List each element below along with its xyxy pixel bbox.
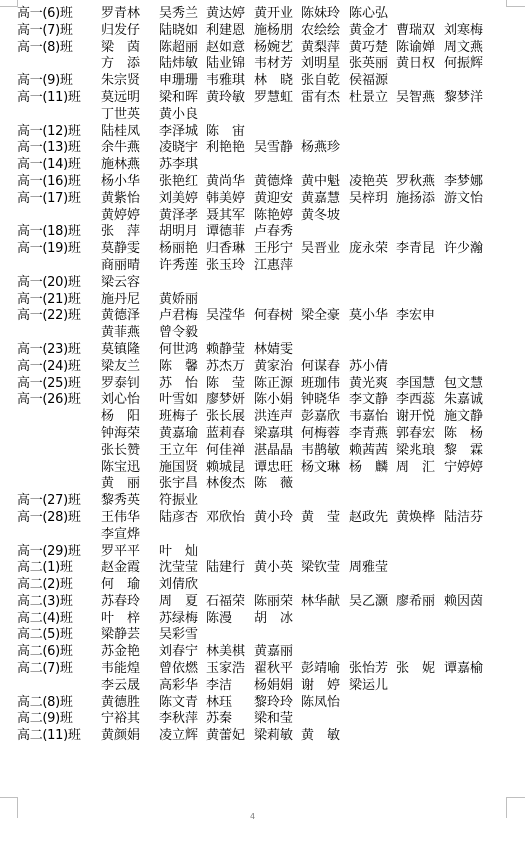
- student-name: 黎秀英: [101, 493, 140, 510]
- roster-row: 黄菲燕曾令毅: [0, 325, 525, 342]
- student-name: 黄巧楚: [349, 40, 388, 57]
- student-name: 李西蕊: [396, 392, 435, 409]
- student-name: 陈 宙: [206, 124, 245, 141]
- student-name: 刘倩欣: [159, 577, 198, 594]
- roster-row: 陈宝迅施国贤赖城昆谭忠旺杨文琳杨 麟周 汇宁婷婷: [0, 460, 525, 477]
- student-name: 黄小玲: [254, 510, 293, 527]
- roster-row: 高一(7)班归发仔陆晓如利建恩施杨朋农绘绘黄金才曹瑞双刘寒梅: [0, 23, 525, 40]
- document-page: 高一(6)班罗青林吴秀兰黄达婷黄开业陈妹玲陈心弘高一(7)班归发仔陆晓如利建恩施…: [0, 0, 525, 841]
- student-name: 何世鸿: [159, 342, 198, 359]
- student-name: 李宏申: [396, 308, 435, 325]
- student-name: 陈丽荣: [254, 594, 293, 611]
- class-label: 高二(8)班: [17, 695, 73, 712]
- student-name: 梁云容: [101, 275, 140, 292]
- student-name: 石福荣: [206, 594, 245, 611]
- class-label: 高二(1)班: [17, 560, 73, 577]
- student-name: 林婧雯: [254, 342, 293, 359]
- student-name: 李泽城: [159, 124, 198, 141]
- student-name: 苏 怡: [159, 376, 198, 393]
- student-name: 曾令毅: [159, 325, 198, 342]
- roster-row: 高一(19)班莫静雯杨丽艳归香琳王彤宁吴晋业庞永荣李青昆许少瀚: [0, 241, 525, 258]
- student-name: 赵如意: [206, 40, 245, 57]
- student-name: 高彩华: [159, 678, 198, 695]
- student-name: 陈漫: [206, 611, 232, 628]
- student-name: 许少瀚: [444, 241, 483, 258]
- student-name: 张 萍: [101, 224, 140, 241]
- class-label: 高一(17)班: [17, 191, 81, 208]
- student-name: 彭嘉欣: [301, 409, 340, 426]
- student-name: 江惠萍: [254, 258, 293, 275]
- class-label: 高二(7)班: [17, 661, 73, 678]
- student-name: 凌立辉: [159, 728, 198, 745]
- class-label: 高一(6)班: [17, 6, 73, 23]
- roster-row: 高一(17)班黄紫怡刘美婷韩美婷黄迎安黄嘉慧吴梓玥施扬添游文怡: [0, 191, 525, 208]
- class-label: 高一(21)班: [17, 292, 81, 309]
- student-name: 杨燕珍: [301, 140, 340, 157]
- roster-row: 高一(13)班余牛燕凌晓宇利艳艳吴雪静杨燕珍: [0, 140, 525, 157]
- roster-row: 高二(1)班赵金霞沈莹莹陆建行黄小英梁钦莹周雅莹: [0, 560, 525, 577]
- class-label: 高一(8)班: [17, 40, 73, 57]
- student-name: 玉家浩: [206, 661, 245, 678]
- student-name: 黎梦洋: [444, 90, 483, 107]
- roster-row: 杨 阳班梅子张长展洪连声彭嘉欣韦嘉怡谢开悦施文静: [0, 409, 525, 426]
- student-name: 吴滢华: [206, 308, 245, 325]
- student-name: 归发仔: [101, 23, 140, 40]
- student-name: 黄颜娟: [101, 728, 140, 745]
- student-name: 陈艳婷: [254, 208, 293, 225]
- student-name: 余牛燕: [101, 140, 140, 157]
- student-name: 陈超丽: [159, 40, 198, 57]
- student-name: 卢君梅: [159, 308, 198, 325]
- student-name: 黄嘉慧: [301, 191, 340, 208]
- student-name: 叶 梓: [101, 611, 140, 628]
- student-name: 梁钦莹: [301, 560, 340, 577]
- student-name: 何 瑜: [101, 577, 140, 594]
- student-name: 林 晓: [254, 73, 293, 90]
- roster-row: 高一(14)班施林燕苏李琪: [0, 157, 525, 174]
- student-name: 黄日权: [396, 56, 435, 73]
- student-name: 梁全豪: [301, 308, 340, 325]
- student-name: 翟秋平: [254, 661, 293, 678]
- student-name: 申珊珊: [159, 73, 198, 90]
- student-name: 班珈伟: [301, 376, 340, 393]
- page-corner-mark-bottom-right: [506, 797, 525, 818]
- class-label: 高一(18)班: [17, 224, 81, 241]
- student-name: 黄 丽: [101, 476, 140, 493]
- student-name: 朱嘉诚: [444, 392, 483, 409]
- class-roster-list: 高一(6)班罗青林吴秀兰黄达婷黄开业陈妹玲陈心弘高一(7)班归发仔陆晓如利建恩施…: [0, 6, 525, 745]
- student-name: 商丽晴: [101, 258, 140, 275]
- class-label: 高二(11)班: [17, 728, 81, 745]
- student-name: 黄德泽: [101, 308, 140, 325]
- student-name: 李国慧: [396, 376, 435, 393]
- student-name: 黎玲玲: [254, 695, 293, 712]
- class-label: 高一(25)班: [17, 376, 81, 393]
- student-name: 符振业: [159, 493, 198, 510]
- student-name: 农绘绘: [301, 23, 340, 40]
- student-name: 黄尚华: [206, 174, 245, 191]
- student-name: 陈凤怡: [301, 695, 340, 712]
- student-name: 莫远明: [101, 90, 140, 107]
- student-name: 罗青林: [101, 6, 140, 23]
- student-name: 韦能煌: [101, 661, 140, 678]
- student-name: 凌艳英: [349, 174, 388, 191]
- student-name: 杨文琳: [301, 460, 340, 477]
- student-name: 王伟华: [101, 510, 140, 527]
- student-name: 梁友兰: [101, 359, 140, 376]
- student-name: 杨丽艳: [159, 241, 198, 258]
- student-name: 陆彦杏: [159, 510, 198, 527]
- student-name: 黄泽孝: [159, 208, 198, 225]
- student-name: 张自乾: [301, 73, 340, 90]
- student-name: 叶雪如: [159, 392, 198, 409]
- class-label: 高一(26)班: [17, 392, 81, 409]
- roster-row: 高一(24)班梁友兰陈 馨苏杰万黄家治何谋春苏小倩: [0, 359, 525, 376]
- student-name: 李秋萍: [159, 711, 198, 728]
- class-label: 高一(23)班: [17, 342, 81, 359]
- student-name: 黄冬坡: [301, 208, 340, 225]
- student-name: 张 妮: [396, 661, 435, 678]
- student-name: 陆业锦: [206, 56, 245, 73]
- student-name: 利艳艳: [206, 140, 245, 157]
- roster-row: 高一(27)班黎秀英符振业: [0, 493, 525, 510]
- student-name: 李宣烨: [101, 527, 140, 544]
- student-name: 黄光爽: [349, 376, 388, 393]
- student-name: 陈正源: [254, 376, 293, 393]
- student-name: 谭忠旺: [254, 460, 293, 477]
- student-name: 黄金才: [349, 23, 388, 40]
- class-label: 高一(7)班: [17, 23, 73, 40]
- student-name: 赵政先: [349, 510, 388, 527]
- roster-row: 高一(25)班罗泰钊苏 怡陈 莹陈正源班珈伟黄光爽李国慧包文慧: [0, 376, 525, 393]
- student-name: 蓝莉春: [206, 426, 245, 443]
- class-label: 高一(29)班: [17, 544, 81, 561]
- roster-row: 高二(6)班苏金艳刘春宁林美棋黄嘉丽: [0, 644, 525, 661]
- student-name: 叶 灿: [159, 544, 198, 561]
- student-name: 沈莹莹: [159, 560, 198, 577]
- student-name: 吴晋业: [301, 241, 340, 258]
- student-name: 吴智燕: [396, 90, 435, 107]
- class-label: 高一(11)班: [17, 90, 81, 107]
- student-name: 张长展: [206, 409, 245, 426]
- student-name: 刘心怡: [101, 392, 140, 409]
- class-label: 高一(12)班: [17, 124, 81, 141]
- student-name: 许秀莲: [159, 258, 198, 275]
- student-name: 钟晓华: [301, 392, 340, 409]
- roster-row: 高一(29)班罗平平叶 灿: [0, 544, 525, 561]
- student-name: 游文怡: [444, 191, 483, 208]
- student-name: 卢春秀: [254, 224, 293, 241]
- student-name: 何谋春: [301, 359, 340, 376]
- student-name: 李梦娜: [444, 174, 483, 191]
- student-name: 罗秋燕: [396, 174, 435, 191]
- student-name: 侯福源: [349, 73, 388, 90]
- student-name: 黄 莹: [301, 510, 340, 527]
- roster-row: 商丽晴许秀莲张玉玲江惠萍: [0, 258, 525, 275]
- roster-row: 高二(11)班黄颜娟凌立辉黄蕾妃梁莉敏黄 敏: [0, 728, 525, 745]
- student-name: 彭靖喻: [301, 661, 340, 678]
- student-name: 梁静芸: [101, 627, 140, 644]
- student-name: 李洁: [206, 678, 232, 695]
- roster-row: 张长赞王立年何佳禅湛晶晶韦鹊敏赖茜茜梁兆琅黎 霖: [0, 443, 525, 460]
- student-name: 方 添: [101, 56, 140, 73]
- student-name: 黄德胜: [101, 695, 140, 712]
- class-label: 高一(9)班: [17, 73, 73, 90]
- student-name: 黄小英: [254, 560, 293, 577]
- roster-row: 高一(22)班黄德泽卢君梅吴滢华何春树梁全豪莫小华李宏申: [0, 308, 525, 325]
- roster-row: 钟海荣黄嘉瑜蓝莉春梁嘉琪何梅蓉李青燕郭春宏陈 杨: [0, 426, 525, 443]
- student-name: 李文静: [349, 392, 388, 409]
- student-name: 周 汇: [396, 460, 435, 477]
- student-name: 钟海荣: [101, 426, 140, 443]
- student-name: 梁兆琅: [396, 443, 435, 460]
- student-name: 刘明星: [301, 56, 340, 73]
- student-name: 丁世英: [101, 107, 140, 124]
- student-name: 陈谕婵: [396, 40, 435, 57]
- roster-row: 高二(7)班韦能煌曾依燃玉家浩翟秋平彭靖喻张怡芳张 妮谭嘉榆: [0, 661, 525, 678]
- student-name: 吴乙灏: [349, 594, 388, 611]
- student-name: 林美棋: [206, 644, 245, 661]
- roster-row: 高一(6)班罗青林吴秀兰黄达婷黄开业陈妹玲陈心弘: [0, 6, 525, 23]
- student-name: 朱宗贤: [101, 73, 140, 90]
- student-name: 陆炜敏: [159, 56, 198, 73]
- student-name: 利建恩: [206, 23, 245, 40]
- student-name: 施丹尼: [101, 292, 140, 309]
- roster-row: 高一(21)班施丹尼黄娇丽: [0, 292, 525, 309]
- roster-row: 丁世英黄小良: [0, 107, 525, 124]
- student-name: 杨 阳: [101, 409, 140, 426]
- student-name: 何佳禅: [206, 443, 245, 460]
- student-name: 黄梨萍: [301, 40, 340, 57]
- class-label: 高二(6)班: [17, 644, 73, 661]
- student-name: 谭嘉榆: [444, 661, 483, 678]
- student-name: 黎 霖: [444, 443, 483, 460]
- student-name: 张英丽: [349, 56, 388, 73]
- student-name: 杨娟娟: [254, 678, 293, 695]
- student-name: 张长赞: [101, 443, 140, 460]
- student-name: 韦材芳: [254, 56, 293, 73]
- student-name: 施扬添: [396, 191, 435, 208]
- student-name: 黄家治: [254, 359, 293, 376]
- roster-row: 李宣烨: [0, 527, 525, 544]
- student-name: 曹瑞双: [396, 23, 435, 40]
- student-name: 林华献: [301, 594, 340, 611]
- student-name: 陈妹玲: [301, 6, 340, 23]
- student-name: 苏杰万: [206, 359, 245, 376]
- student-name: 陈宝迅: [101, 460, 140, 477]
- student-name: 黄蕾妃: [206, 728, 245, 745]
- class-label: 高一(14)班: [17, 157, 81, 174]
- student-name: 周文燕: [444, 40, 483, 57]
- student-name: 施文静: [444, 409, 483, 426]
- student-name: 周雅莹: [349, 560, 388, 577]
- student-name: 黄婷婷: [101, 208, 140, 225]
- student-name: 梁运儿: [349, 678, 388, 695]
- student-name: 陈 薇: [254, 476, 293, 493]
- student-name: 莫静雯: [101, 241, 140, 258]
- student-name: 吴雪静: [254, 140, 293, 157]
- roster-row: 黄 丽张宇昌林俊杰陈 薇: [0, 476, 525, 493]
- student-name: 李青燕: [349, 426, 388, 443]
- roster-row: 高一(11)班莫远明梁和晖黄玲敏罗慧虹雷有杰杜景立吴智燕黎梦洋: [0, 90, 525, 107]
- roster-row: 高一(8)班梁 茵陈超丽赵如意杨婉艺黄梨萍黄巧楚陈谕婵周文燕: [0, 40, 525, 57]
- student-name: 吴彩雪: [159, 627, 198, 644]
- student-name: 林珏: [206, 695, 232, 712]
- student-name: 李云晟: [101, 678, 140, 695]
- student-name: 莫镇隆: [101, 342, 140, 359]
- student-name: 赖城昆: [206, 460, 245, 477]
- student-name: 宁婷婷: [444, 460, 483, 477]
- student-name: 苏小倩: [349, 359, 388, 376]
- student-name: 苏春玲: [101, 594, 140, 611]
- student-name: 梁 茵: [101, 40, 140, 57]
- student-name: 苏李琪: [159, 157, 198, 174]
- student-name: 黄玲敏: [206, 90, 245, 107]
- student-name: 黄焕桦: [396, 510, 435, 527]
- student-name: 何春树: [254, 308, 293, 325]
- roster-row: 高一(18)班张 萍胡明月谭德菲卢春秀: [0, 224, 525, 241]
- student-name: 梁莉敏: [254, 728, 293, 745]
- student-name: 曾依燃: [159, 661, 198, 678]
- student-name: 杨 麟: [349, 460, 388, 477]
- roster-row: 高一(9)班朱宗贤申珊珊韦雅琪林 晓张自乾侯福源: [0, 73, 525, 90]
- student-name: 施杨朋: [254, 23, 293, 40]
- student-name: 张艳红: [159, 174, 198, 191]
- student-name: 黄小良: [159, 107, 198, 124]
- class-label: 高一(13)班: [17, 140, 81, 157]
- student-name: 刘美婷: [159, 191, 198, 208]
- student-name: 赖茜茜: [349, 443, 388, 460]
- roster-row: 高二(5)班梁静芸吴彩雪: [0, 627, 525, 644]
- class-label: 高二(2)班: [17, 577, 73, 594]
- student-name: 谢 婷: [301, 678, 340, 695]
- roster-row: 高二(8)班黄德胜陈文青林珏黎玲玲陈凤怡: [0, 695, 525, 712]
- student-name: 梁和莹: [254, 711, 293, 728]
- roster-row: 高一(16)班杨小华张艳红黄尚华黄德烽黄中魁凌艳英罗秋燕李梦娜: [0, 174, 525, 191]
- roster-row: 高二(4)班叶 梓苏绿梅陈漫胡 冰: [0, 611, 525, 628]
- student-name: 郭春宏: [396, 426, 435, 443]
- student-name: 罗平平: [101, 544, 140, 561]
- student-name: 苏金艳: [101, 644, 140, 661]
- student-name: 陈文青: [159, 695, 198, 712]
- student-name: 韦鹊敏: [301, 443, 340, 460]
- student-name: 陈小娟: [254, 392, 293, 409]
- student-name: 黄嘉丽: [254, 644, 293, 661]
- student-name: 何梅蓉: [301, 426, 340, 443]
- student-name: 韦嘉怡: [349, 409, 388, 426]
- student-name: 黄 敏: [301, 728, 340, 745]
- student-name: 班梅子: [159, 409, 198, 426]
- student-name: 归香琳: [206, 241, 245, 258]
- student-name: 陆桂凤: [101, 124, 140, 141]
- student-name: 王立年: [159, 443, 198, 460]
- student-name: 黄开业: [254, 6, 293, 23]
- student-name: 胡 冰: [254, 611, 293, 628]
- student-name: 廖梦妍: [206, 392, 245, 409]
- student-name: 罗泰钊: [101, 376, 140, 393]
- student-name: 陆建行: [206, 560, 245, 577]
- student-name: 杨婉艺: [254, 40, 293, 57]
- student-name: 梁和晖: [159, 90, 198, 107]
- roster-row: 高二(3)班苏春玲周 夏石福荣陈丽荣林华献吴乙灏廖希丽赖因茵: [0, 594, 525, 611]
- student-name: 何振辉: [444, 56, 483, 73]
- student-name: 廖希丽: [396, 594, 435, 611]
- student-name: 聂其军: [206, 208, 245, 225]
- class-label: 高二(4)班: [17, 611, 73, 628]
- student-name: 胡明月: [159, 224, 198, 241]
- student-name: 刘春宁: [159, 644, 198, 661]
- student-name: 吴梓玥: [349, 191, 388, 208]
- student-name: 赖静莹: [206, 342, 245, 359]
- student-name: 杜景立: [349, 90, 388, 107]
- class-label: 高一(22)班: [17, 308, 81, 325]
- student-name: 陈 馨: [159, 359, 198, 376]
- class-label: 高一(28)班: [17, 510, 81, 527]
- roster-row: 高二(9)班宁裕其李秋萍苏秦梁和莹: [0, 711, 525, 728]
- student-name: 谢开悦: [396, 409, 435, 426]
- student-name: 韦雅琪: [206, 73, 245, 90]
- class-label: 高一(16)班: [17, 174, 81, 191]
- student-name: 黄迎安: [254, 191, 293, 208]
- student-name: 黄达婷: [206, 6, 245, 23]
- student-name: 陆晓如: [159, 23, 198, 40]
- student-name: 黄嘉瑜: [159, 426, 198, 443]
- student-name: 赖因茵: [444, 594, 483, 611]
- student-name: 王彤宁: [254, 241, 293, 258]
- student-name: 韩美婷: [206, 191, 245, 208]
- student-name: 苏秦: [206, 711, 232, 728]
- student-name: 施国贤: [159, 460, 198, 477]
- student-name: 陈 莹: [206, 376, 245, 393]
- class-label: 高二(3)班: [17, 594, 73, 611]
- student-name: 陆洁芬: [444, 510, 483, 527]
- roster-row: 李云晟高彩华李洁杨娟娟谢 婷梁运儿: [0, 678, 525, 695]
- student-name: 邓欣怡: [206, 510, 245, 527]
- student-name: 赵金霞: [101, 560, 140, 577]
- student-name: 陈心弘: [349, 6, 388, 23]
- roster-row: 高一(28)班王伟华陆彦杏邓欣怡黄小玲黄 莹赵政先黄焕桦陆洁芬: [0, 510, 525, 527]
- student-name: 李青昆: [396, 241, 435, 258]
- roster-row: 高一(20)班梁云容: [0, 275, 525, 292]
- student-name: 杨小华: [101, 174, 140, 191]
- class-label: 高二(5)班: [17, 627, 73, 644]
- roster-row: 高二(2)班何 瑜刘倩欣: [0, 577, 525, 594]
- student-name: 刘寒梅: [444, 23, 483, 40]
- roster-row: 高一(26)班刘心怡叶雪如廖梦妍陈小娟钟晓华李文静李西蕊朱嘉诚: [0, 392, 525, 409]
- student-name: 张宇昌: [159, 476, 198, 493]
- student-name: 黄德烽: [254, 174, 293, 191]
- class-label: 高一(19)班: [17, 241, 81, 258]
- student-name: 施林燕: [101, 157, 140, 174]
- student-name: 宁裕其: [101, 711, 140, 728]
- roster-row: 黄婷婷黄泽孝聂其军陈艳婷黄冬坡: [0, 208, 525, 225]
- roster-row: 方 添陆炜敏陆业锦韦材芳刘明星张英丽黄日权何振辉: [0, 56, 525, 73]
- student-name: 黄娇丽: [159, 292, 198, 309]
- student-name: 洪连声: [254, 409, 293, 426]
- student-name: 苏绿梅: [159, 611, 198, 628]
- student-name: 张怡芳: [349, 661, 388, 678]
- student-name: 吴秀兰: [159, 6, 198, 23]
- page-number: 4: [0, 812, 505, 821]
- student-name: 凌晓宇: [159, 140, 198, 157]
- roster-row: 高一(23)班莫镇隆何世鸿赖静莹林婧雯: [0, 342, 525, 359]
- roster-row: 高一(12)班陆桂凤李泽城陈 宙: [0, 124, 525, 141]
- student-name: 梁嘉琪: [254, 426, 293, 443]
- student-name: 张玉玲: [206, 258, 245, 275]
- student-name: 罗慧虹: [254, 90, 293, 107]
- student-name: 湛晶晶: [254, 443, 293, 460]
- student-name: 包文慧: [444, 376, 483, 393]
